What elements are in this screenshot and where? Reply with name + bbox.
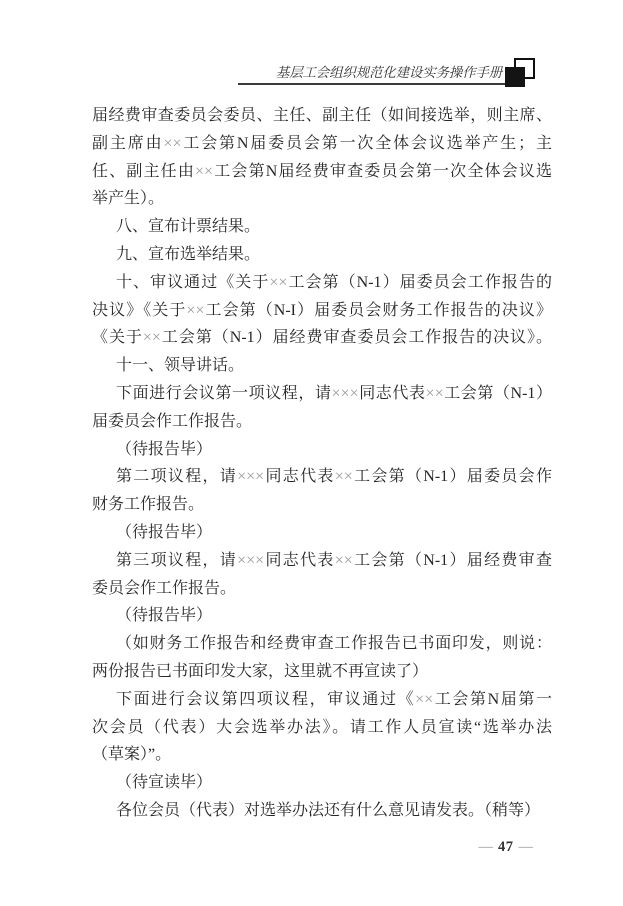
text-line: 副主席由××工会第N届委员会第一次全体会议选举产生；主	[92, 130, 552, 158]
page-number-dash-right: —	[519, 839, 534, 855]
header-rule	[238, 83, 510, 85]
x-placeholder-mark: ×	[255, 468, 264, 485]
x-placeholder-mark: ×	[246, 552, 255, 569]
x-placeholder-mark: ×	[237, 468, 246, 485]
text-line: 委员会作工作报告。	[92, 575, 552, 603]
text-line: 各位会员（代表）对选举办法还有什么意见请发表。（稍等）	[92, 797, 552, 825]
x-placeholder-mark: ×	[246, 468, 255, 485]
header-title: 基层工会组织规范化建设实务操作手册	[276, 61, 502, 81]
page-number: 47	[498, 839, 514, 855]
text-line: 决议》《关于××工会第（N-I）届委员会财务工作报告的决议》	[92, 297, 552, 325]
text-line: （待报告毕）	[92, 519, 552, 547]
text-line: 财务工作报告。	[92, 491, 552, 519]
text-line: 任、副主任由××工会第N届经费审查委员会第一次全体会议选	[92, 158, 552, 186]
text-line: 九、宣布选举结果。	[92, 241, 552, 269]
x-placeholder-mark: ×	[344, 552, 353, 569]
x-placeholder-mark: ×	[172, 135, 181, 152]
x-placeholder-mark: ×	[204, 163, 213, 180]
text-line: 第二项议程，请×××同志代表××工会第（N-1）届委员会作	[92, 463, 552, 491]
text-line: 届经费审查委员会委员、主任、副主任（如间接选举，则主席、	[92, 102, 552, 130]
x-placeholder-mark: ×	[424, 691, 433, 708]
text-line: （待报告毕）	[92, 602, 552, 630]
text-line: 八、宣布计票结果。	[92, 213, 552, 241]
x-placeholder-mark: ×	[415, 691, 424, 708]
x-placeholder-mark: ×	[195, 163, 204, 180]
x-placeholder-mark: ×	[195, 302, 204, 319]
x-placeholder-mark: ×	[143, 329, 152, 346]
x-placeholder-mark: ×	[332, 385, 341, 402]
x-placeholder-mark: ×	[152, 329, 161, 346]
text-line: 第三项议程，请×××同志代表××工会第（N-1）届经费审查	[92, 547, 552, 575]
x-placeholder-mark: ×	[278, 274, 287, 291]
filled-square-icon	[505, 67, 525, 87]
x-placeholder-mark: ×	[255, 552, 264, 569]
text-line: 次会员（代表）大会选举办法》。请工作人员宣读“选举办法	[92, 714, 552, 742]
text-line: 《关于××工会第（N-1）届经费审查委员会工作报告的决议》。	[92, 324, 552, 352]
text-line: 举产生）。	[92, 185, 552, 213]
text-line: 下面进行会议第四项议程，审议通过《××工会第N届第一	[92, 686, 552, 714]
text-line: （待宣读毕）	[92, 769, 552, 797]
body-text: 届经费审查委员会委员、主任、副主任（如间接选举，则主席、副主席由××工会第N届委…	[92, 102, 552, 825]
text-line: 十、审议通过《关于××工会第（N-1）届委员会工作报告的	[92, 269, 552, 297]
page-number-dash-left: —	[479, 839, 494, 855]
x-placeholder-mark: ×	[426, 385, 435, 402]
text-line: 两份报告已书面印发大家，这里就不再宣读了）	[92, 658, 552, 686]
document-page: 基层工会组织规范化建设实务操作手册 届经费审查委员会委员、主任、副主任（如间接选…	[0, 0, 623, 906]
text-line: （如财务工作报告和经费审查工作报告已书面印发，则说：	[92, 630, 552, 658]
x-placeholder-mark: ×	[335, 468, 344, 485]
text-line: 十一、领导讲话。	[92, 352, 552, 380]
page-footer: —47—	[479, 839, 534, 856]
text-line: 届委员会作工作报告。	[92, 408, 552, 436]
x-placeholder-mark: ×	[341, 385, 350, 402]
x-placeholder-mark: ×	[335, 552, 344, 569]
x-placeholder-mark: ×	[435, 385, 444, 402]
x-placeholder-mark: ×	[350, 385, 359, 402]
text-line: （草案）”。	[92, 741, 552, 769]
x-placeholder-mark: ×	[237, 552, 246, 569]
text-line: 下面进行会议第一项议程，请×××同志代表××工会第（N-1）	[92, 380, 552, 408]
x-placeholder-mark: ×	[344, 468, 353, 485]
text-line: （待报告毕）	[92, 436, 552, 464]
